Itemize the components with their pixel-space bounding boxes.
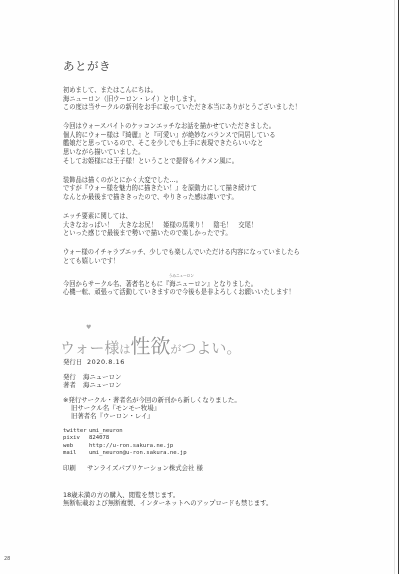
page-edge-line [398, 0, 399, 574]
contact-label: mail [63, 450, 89, 457]
contact-web: webhttp://u-ron.sakura.ne.jp [63, 443, 241, 450]
contact-twitter: twitterumi_neuron [63, 428, 241, 435]
text-line: 艦娘だと思っているので、そこを少しでも上手に表現できたらいいなと [63, 139, 263, 147]
paragraph-5: ウォー様のイチャラブエッチ、少しでも楽しんでいただける内容になっていましたら と… [63, 248, 348, 265]
text-line: とても嬉しいです！ [63, 257, 119, 265]
text-line: ですが『ウォー様を魅力的に描きたい！』を原動力にして描き続けて [63, 184, 257, 192]
contact-value: umi_neuron@u-ron.sakura.ne.jp [89, 450, 187, 457]
author-label: 著者 [63, 381, 83, 389]
copyright-warning: 無断転載および無断複製、インターネットへのアップロードも禁じます。 [63, 499, 272, 507]
text-line: 大きなおっぱい！ 大きなお尻！ 姫様の馬乗り！ 陰毛！ 交尾！ [63, 221, 257, 229]
text-line: 今回からサークル名、著者名ともに [63, 280, 163, 288]
publisher-row: 発行 海ニューロン [63, 373, 241, 381]
contact-value: umi_neuron [89, 428, 123, 435]
publisher-label: 発行 [63, 373, 83, 381]
title-part: は [119, 343, 130, 356]
title-part: が [170, 343, 181, 356]
afterword-heading: あとがき [63, 58, 111, 74]
text-line: 心機一転、頑張って活動していきますので今後も是非よろしくお願いいたします！ [63, 288, 295, 296]
colophon: 発行日 2020.8.16 発行 海ニューロン 著者 海ニューロン ※発行サーク… [63, 358, 241, 472]
paragraph-2: 今回はウォースパイトのケッコンエッチなお話を描かせていただきました。 個人的にウ… [63, 122, 348, 165]
text-line: 海ニューロン（旧ウーロン・レイ）と申します。 [63, 95, 200, 103]
contact-list: twitterumi_neuron pixiv824078 webhttp://… [63, 428, 241, 457]
publisher-value: 海ニューロン [83, 373, 121, 381]
text-line: なんとか最後まで描ききったので、やりきった感は凄いです。 [63, 193, 238, 201]
text-line: この度は当サークルの新刊をお手に取っていただき本当にありがとうございました！ [63, 103, 301, 111]
paragraph-6: 今回からサークル名、著者名ともにうみニューロン『海ニューロン』となりました。 心… [63, 280, 348, 297]
text-line: 装飾品は描くのがとにかく大変でした…。 [63, 176, 182, 184]
text-line: 今回はウォースパイトのケッコンエッチなお話を描かせていただきました。 [63, 122, 275, 130]
contact-label: twitter [63, 428, 89, 435]
printer-label: 印刷 [63, 464, 87, 472]
age-warning: 18歳未満の方の購入、閲覧を禁じます。 [63, 491, 272, 499]
contact-value: http://u-ron.sakura.ne.jp [89, 443, 173, 450]
heart-icon: ♥ [86, 324, 91, 331]
publisher-block: 発行 海ニューロン 著者 海ニューロン [63, 373, 241, 389]
text-line: 初めまして、またはこんにちは。 [63, 86, 157, 94]
text-line: そしてお姫様には王子様！ということで提督もイケメン風に。 [63, 157, 238, 165]
title-part: 性欲 [130, 334, 170, 358]
afterword-body: 初めまして、またはこんにちは。 海ニューロン（旧ウーロン・レイ）と申します。 こ… [63, 86, 348, 307]
page-edge-shadow [394, 0, 395, 574]
text-line: 思いながら描いていました。 [63, 148, 144, 156]
publish-date-row: 発行日 2020.8.16 [63, 358, 241, 366]
author-value: 海ニューロン [83, 381, 121, 389]
title-part: つよい。 [181, 339, 241, 357]
circle-name-ruby: うみニューロン [169, 274, 194, 278]
circle-name-text: 『海ニューロン』 [163, 280, 213, 288]
printer-row: 印刷 サンライズパブリケーション株式会社 様 [63, 464, 241, 472]
book-page: あとがき 初めまして、またはこんにちは。 海ニューロン（旧ウーロン・レイ）と申し… [0, 0, 400, 574]
paragraph-4: エッチ要素に関しては、 大きなおっぱい！ 大きなお尻！ 姫様の馬乗り！ 陰毛！ … [63, 212, 348, 238]
date-label: 発行日 [63, 358, 87, 366]
date-value: 2020.8.16 [87, 358, 125, 366]
contact-label: web [63, 443, 89, 450]
text-line: 個人的にウォー様は『綺麗』と『可愛い』が絶妙なバランスで同居している [63, 131, 276, 139]
text-line: ウォー様のイチャラブエッチ、少しでも楽しんでいただける内容になっていましたら [63, 248, 300, 256]
author-row: 著者 海ニューロン [63, 381, 241, 389]
page-number: 28 [4, 556, 10, 562]
name-change-note: ※発行サークル・著者名が今回の新刊から新しくなりました。 旧サークル名『モンモー… [63, 396, 241, 420]
contact-label: pixiv [63, 435, 89, 442]
circle-name: うみニューロン『海ニューロン』 [163, 280, 213, 289]
contact-pixiv: pixiv824078 [63, 435, 241, 442]
note-text: ※発行サークル・著者名が今回の新刊から新しくなりました。 [63, 396, 241, 404]
book-title: ♥ ウォー様は性欲がつよい。 [60, 330, 241, 359]
legal-warnings: 18歳未満の方の購入、閲覧を禁じます。 無断転載および無断複製、インターネットへ… [63, 491, 272, 507]
text-line: エッチ要素に関しては、 [63, 212, 132, 220]
text-line: となりました。 [213, 280, 257, 288]
printer-value: サンライズパブリケーション株式会社 様 [87, 464, 203, 472]
contact-mail: mailumi_neuron@u-ron.sakura.ne.jp [63, 450, 241, 457]
paragraph-1: 初めまして、またはこんにちは。 海ニューロン（旧ウーロン・レイ）と申します。 こ… [63, 86, 348, 112]
title-part: ウォー様 [60, 339, 119, 357]
paragraph-3: 装飾品は描くのがとにかく大変でした…。 ですが『ウォー様を魅力的に描きたい！』を… [63, 176, 348, 202]
text-line: といった感じで最後まで勢いで描いたので楽しかったです。 [63, 229, 232, 237]
old-circle-name: 旧サークル名『モンモー牧場』 [63, 404, 241, 412]
contact-value: 824078 [89, 435, 109, 442]
old-author-name: 旧著者名『ウーロン・レイ』 [63, 412, 241, 420]
